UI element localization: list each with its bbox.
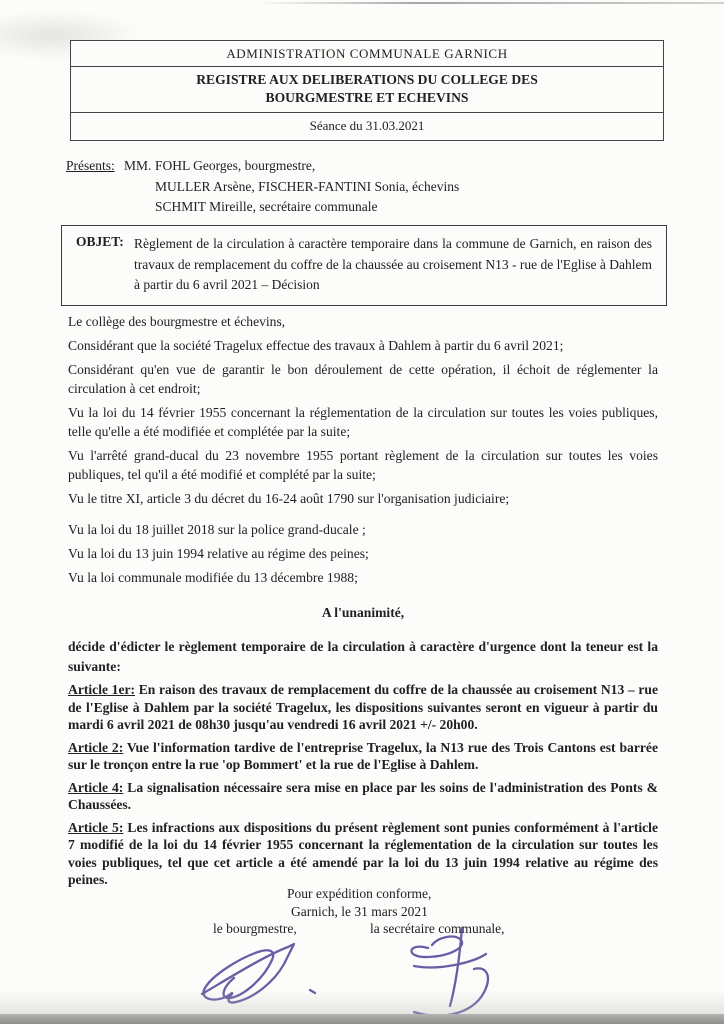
decide-line: décide d'édicter le règlement temporaire… — [68, 637, 658, 676]
article-4-text: La signalisation nécessaire sera mise en… — [68, 780, 658, 813]
header-registre-title: REGISTRE AUX DELIBERATIONS DU COLLEGE DE… — [71, 66, 663, 112]
scan-bottom-bar — [0, 1014, 724, 1024]
presents-names: FOHL Georges, bourgmestre, MULLER Arsène… — [155, 156, 459, 218]
article-5: Article 5: Les infractions aux dispositi… — [68, 819, 658, 889]
present-person-echevins: MULLER Arsène, FISCHER-FANTINI Sonia, éc… — [155, 177, 459, 198]
paragraph-vu-loi-1955: Vu la loi du 14 février 1955 concernant … — [68, 403, 658, 441]
article-2-label: Article 2: — [68, 740, 123, 755]
header-administration: ADMINISTRATION COMMUNALE GARNICH — [71, 41, 663, 66]
article-5-text: Les infractions aux dispositions du prés… — [68, 820, 658, 888]
unanimite-line: A l'unanimité, — [68, 605, 658, 621]
article-1er-text: En raison des travaux de remplacement du… — [68, 682, 658, 732]
closing-role-bourgmestre: le bourgmestre, — [213, 921, 297, 937]
article-1er: Article 1er: En raison des travaux de re… — [68, 681, 658, 734]
paragraph-college: Le collège des bourgmestre et échevins, — [68, 312, 658, 331]
paragraph-vu-arrete-1955: Vu l'arrêté grand-ducal du 23 novembre 1… — [68, 446, 658, 484]
presents-label: Présents: — [66, 156, 124, 218]
presents-block: Présents: MM. FOHL Georges, bourgmestre,… — [66, 156, 459, 218]
scan-bottom-shade — [0, 990, 724, 1014]
article-4-label: Article 4: — [68, 780, 123, 795]
article-4: Article 4: La signalisation nécessaire s… — [68, 779, 658, 814]
paragraph-vu-loi-1988: Vu la loi communale modifiée du 13 décem… — [68, 568, 658, 587]
paragraph-vu-loi-2018: Vu la loi du 18 juillet 2018 sur la poli… — [68, 520, 658, 539]
paragraph-considerant-2: Considérant qu'en vue de garantir le bon… — [68, 360, 658, 398]
paragraph-vu-decret-1790: Vu le titre XI, article 3 du décret du 1… — [68, 489, 658, 508]
present-person-secretaire: SCHMIT Mireille, secrétaire communale — [155, 197, 459, 218]
closing-expedition-line: Pour expédition conforme, — [287, 886, 431, 902]
objet-text: Règlement de la circulation à caractère … — [134, 234, 652, 296]
objet-box: OBJET: Règlement de la circulation à car… — [61, 225, 667, 306]
article-2-text: Vue l'information tardive de l'entrepris… — [68, 740, 658, 773]
article-2: Article 2: Vue l'information tardive de … — [68, 739, 658, 774]
article-1er-label: Article 1er: — [68, 682, 135, 697]
paragraph-considerant-1: Considérant que la société Tragelux effe… — [68, 336, 658, 355]
article-5-label: Article 5: — [68, 820, 123, 835]
closing-place-date-line: Garnich, le 31 mars 2021 — [291, 904, 428, 920]
objet-label: OBJET: — [76, 234, 128, 296]
paragraph-vu-loi-1994: Vu la loi du 13 juin 1994 relative au ré… — [68, 544, 658, 563]
scanned-document-page: ADMINISTRATION COMMUNALE GARNICH REGISTR… — [0, 0, 724, 1024]
header-table: ADMINISTRATION COMMUNALE GARNICH REGISTR… — [70, 40, 664, 141]
scan-artifact-top-line — [255, 2, 724, 4]
header-seance-date: Séance du 31.03.2021 — [71, 112, 663, 140]
present-person-bourgmestre: FOHL Georges, bourgmestre, — [155, 156, 459, 177]
presents-mm: MM. — [124, 156, 155, 218]
document-body: Le collège des bourgmestre et échevins, … — [68, 312, 658, 894]
